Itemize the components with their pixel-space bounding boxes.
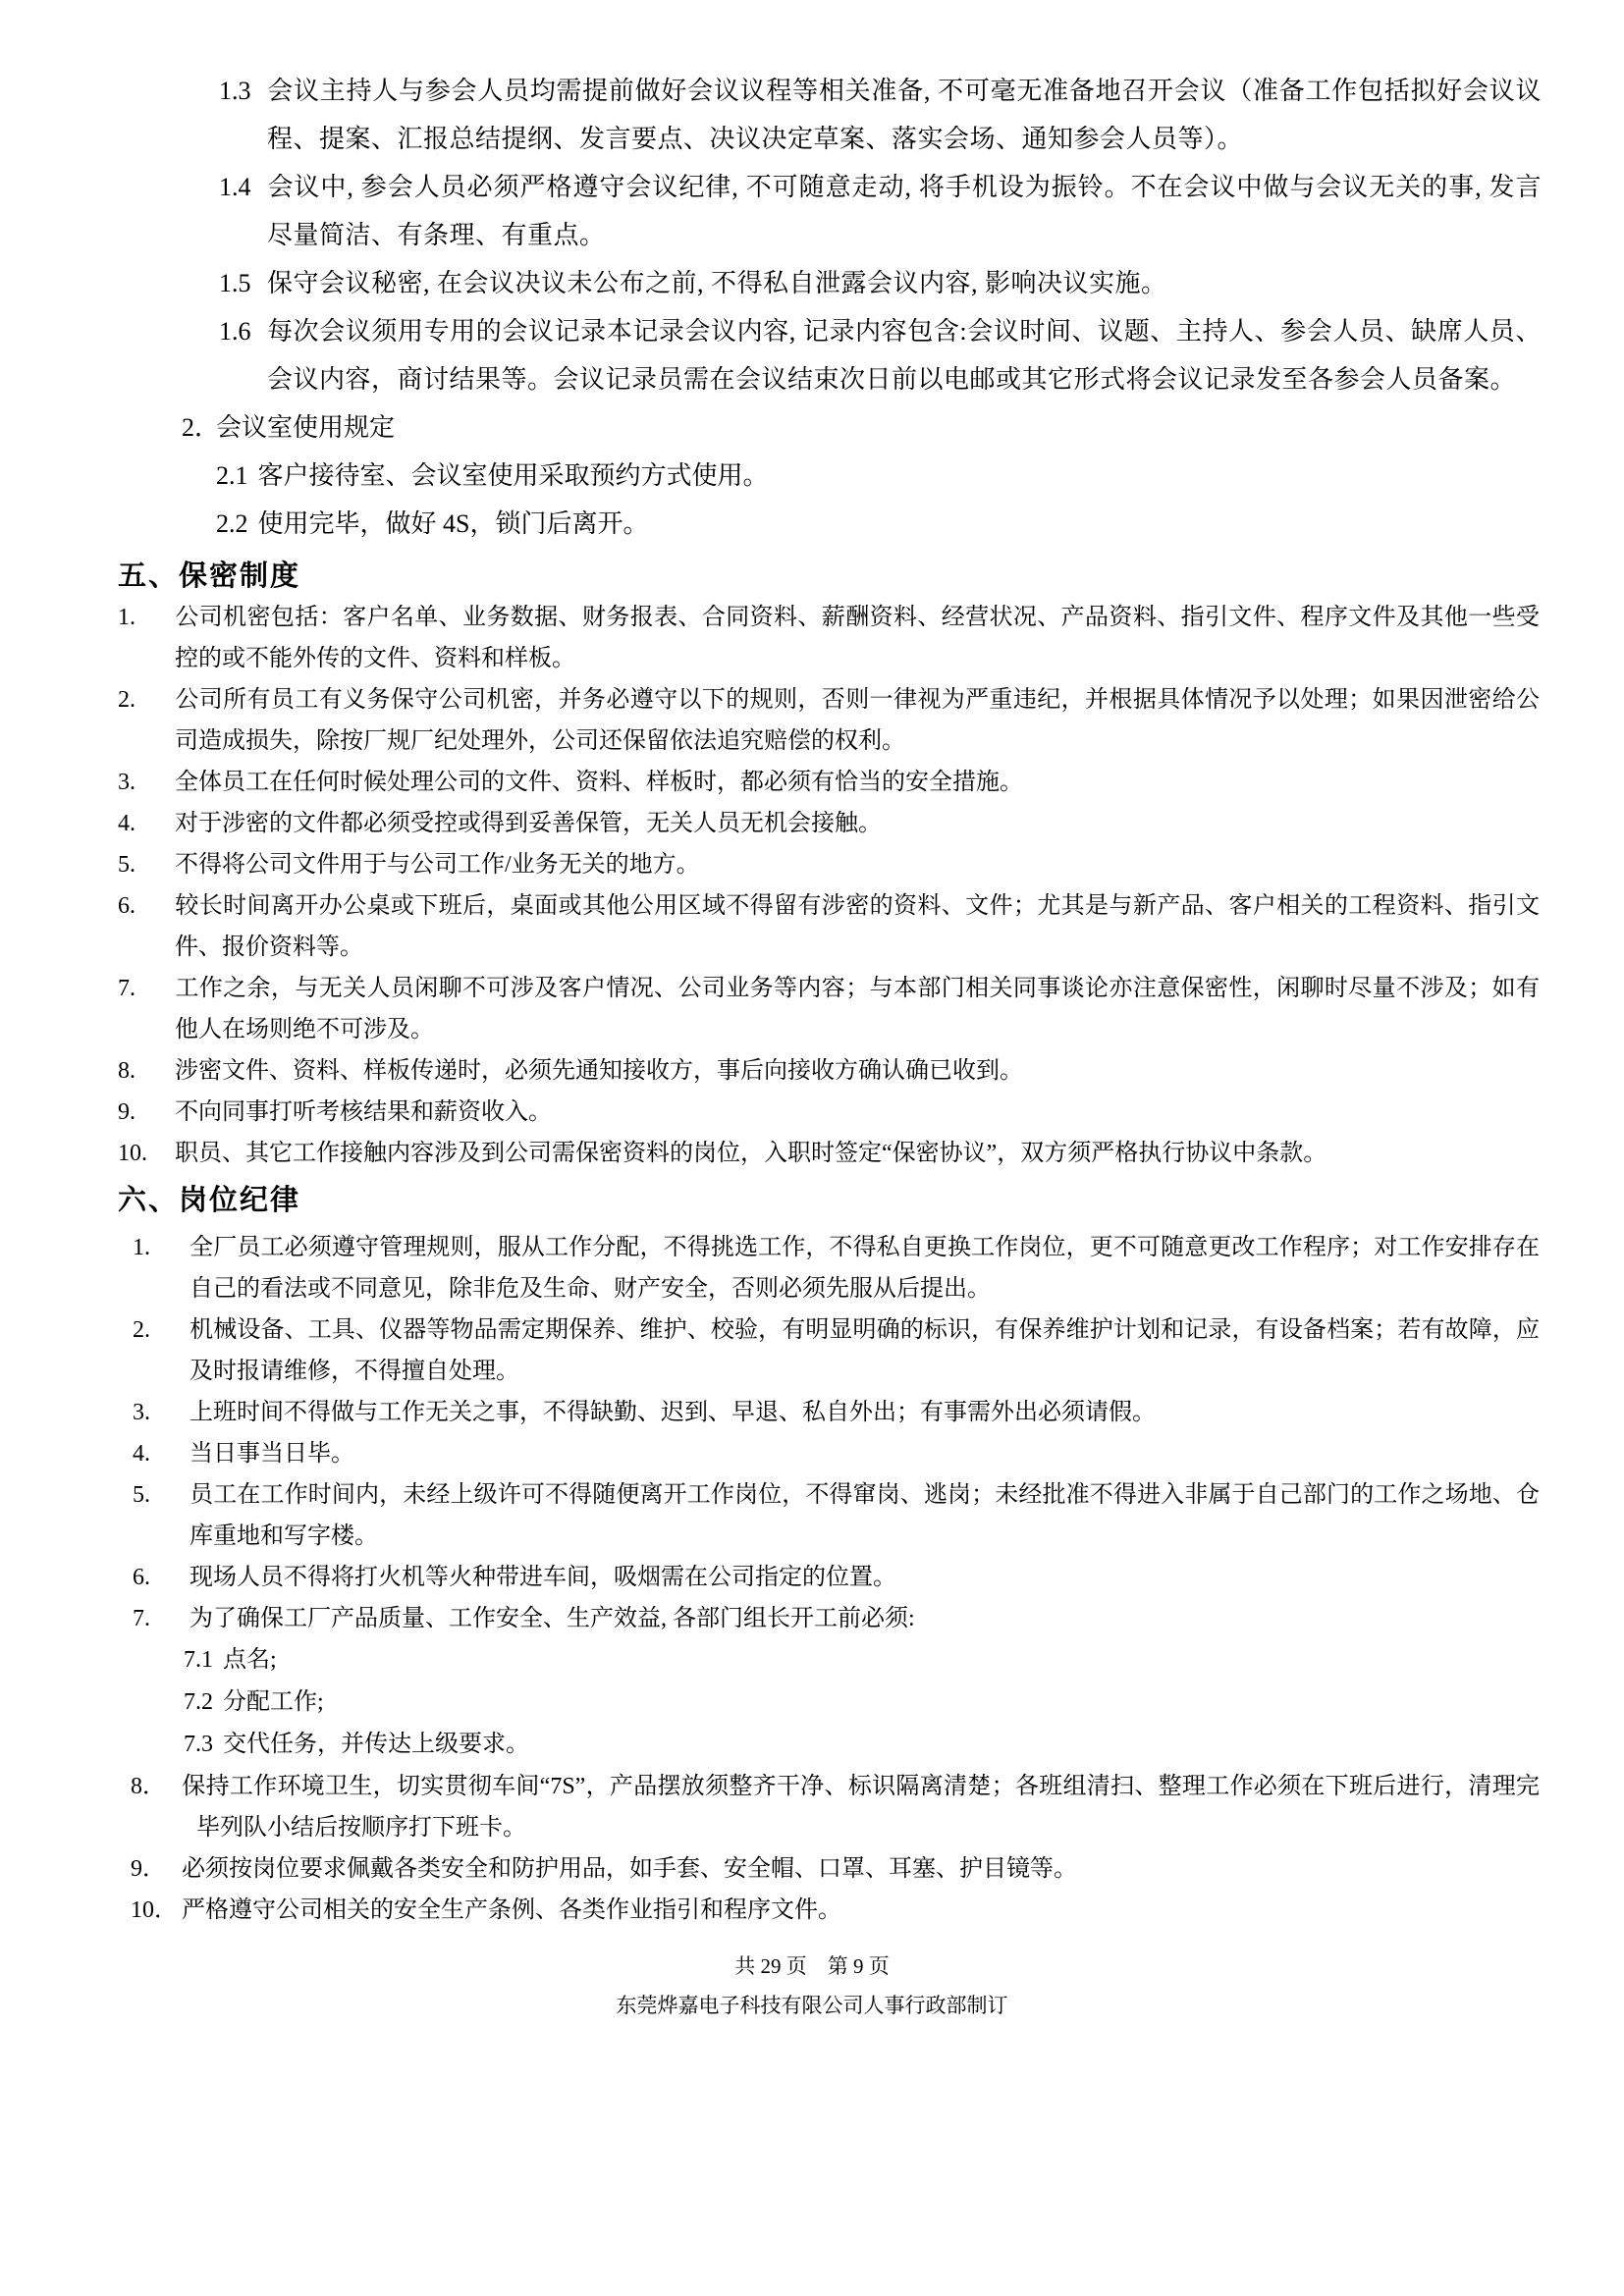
- discipline-item-9: 9．必须按岗位要求佩戴各类安全和防护用品，如手套、安全帽、口罩、耳塞、护目镜等。: [0, 1848, 1624, 1890]
- item-text: 全厂员工必须遵守管理规则，服从工作分配，不得挑选工作，不得私自更换工作岗位，更不…: [189, 1235, 1540, 1302]
- item-number: 2.: [133, 1309, 189, 1351]
- meeting-item-1-5: 1.5保守会议秘密, 在会议决议未公布之前, 不得私自泄露会议内容, 影响决议实…: [0, 259, 1624, 307]
- discipline-item-3: 3.上班时间不得做与工作无关之事，不得缺勤、迟到、早退、私自外出；有事需外出必须…: [0, 1392, 1624, 1433]
- item-number: 7.1: [184, 1639, 213, 1682]
- discipline-item-2: 2.机械设备、工具、仪器等物品需定期保养、维护、校验，有明显明确的标识，有保养维…: [0, 1309, 1624, 1392]
- item-number: 10．: [131, 1890, 182, 1931]
- item-text: 涉密文件、资料、样板传递时，必须先通知接收方，事后向接收方确认确已收到。: [175, 1058, 1023, 1084]
- item-number: 8.: [118, 1050, 175, 1092]
- meeting-item-1-6: 1.6每次会议须用专用的会议记录本记录会议内容, 记录内容包含:会议时间、议题、…: [0, 307, 1624, 403]
- secrecy-item-4: 4.对于涉密的文件都必须受控或得到妥善保管，无关人员无机会接触。: [0, 803, 1624, 844]
- item-number: 2．: [182, 403, 216, 452]
- item-text: 客户接待室、会议室使用采取预约方式使用。: [258, 461, 769, 490]
- secrecy-item-1: 1.公司机密包括：客户名单、业务数据、财务报表、合同资料、薪酬资料、经营状况、产…: [0, 597, 1624, 679]
- item-text: 为了确保工厂产品质量、工作安全、生产效益, 各部门组长开工前必须:: [189, 1606, 915, 1631]
- item-text: 公司机密包括：客户名单、业务数据、财务报表、合同资料、薪酬资料、经营状况、产品资…: [175, 605, 1540, 671]
- item-number: 7.: [133, 1598, 189, 1639]
- item-text: 机械设备、工具、仪器等物品需定期保养、维护、校验，有明显明确的标识，有保养维护计…: [189, 1317, 1540, 1384]
- item-number: 7.2: [184, 1682, 213, 1724]
- secrecy-item-7: 7.工作之余，与无关人员闲聊不可涉及客户情况、公司业务等内容；与本部门相关同事谈…: [0, 968, 1624, 1050]
- issuer-line: 东莞烨嘉电子科技有限公司人事行政部制订: [0, 1986, 1624, 2025]
- item-number: 1.3: [219, 67, 267, 115]
- item-text: 分配工作;: [223, 1689, 324, 1715]
- discipline-item-1: 1.全厂员工必须遵守管理规则，服从工作分配，不得挑选工作，不得私自更换工作岗位，…: [0, 1227, 1624, 1309]
- item-number: 3.: [118, 762, 175, 803]
- secrecy-item-6: 6.较长时间离开办公桌或下班后，桌面或其他公用区域不得留有涉密的资料、文件；尤其…: [0, 885, 1624, 968]
- section-heading-secrecy: 五、保密制度: [0, 554, 1624, 597]
- item-number: 8．: [131, 1766, 182, 1807]
- item-number: 9.: [118, 1092, 175, 1133]
- item-text: 不向同事打听考核结果和薪资收入。: [175, 1099, 552, 1125]
- secrecy-item-10: 10.职员、其它工作接触内容涉及到公司需保密资料的岗位，入职时签定“保密协议”，…: [0, 1133, 1624, 1174]
- document-page: 1.3会议主持人与参会人员均需提前做好会议议程等相关准备, 不可毫无准备地召开会…: [0, 0, 1624, 2296]
- meeting-rule-2: 2．会议室使用规定: [0, 403, 1624, 452]
- item-number: 1.6: [219, 307, 267, 355]
- item-number: 7.3: [184, 1724, 213, 1766]
- item-number: 1.5: [219, 259, 267, 307]
- discipline-item-7: 7.为了确保工厂产品质量、工作安全、生产效益, 各部门组长开工前必须:: [0, 1598, 1624, 1639]
- discipline-item-6: 6.现场人员不得将打火机等火种带进车间，吸烟需在公司指定的位置。: [0, 1557, 1624, 1598]
- item-number: 1.4: [219, 163, 267, 211]
- item-text: 每次会议须用专用的会议记录本记录会议内容, 记录内容包含:会议时间、议题、主持人…: [267, 317, 1542, 394]
- item-number: 1.: [118, 597, 175, 638]
- secrecy-item-2: 2.公司所有员工有义务保守公司机密，并务必遵守以下的规则，否则一律视为严重违纪，…: [0, 679, 1624, 762]
- item-number: 2.2: [216, 500, 248, 548]
- item-number: 5.: [118, 844, 175, 885]
- meeting-item-1-4: 1.4会议中, 参会人员必须严格遵守会议纪律, 不可随意走动, 将手机设为振铃。…: [0, 163, 1624, 259]
- item-text: 会议主持人与参会人员均需提前做好会议议程等相关准备, 不可毫无准备地召开会议（准…: [267, 77, 1542, 153]
- item-number: 7.: [118, 968, 175, 1009]
- discipline-item-7-3: 7.3交代任务，并传达上级要求。: [0, 1724, 1624, 1766]
- item-text: 保守会议秘密, 在会议决议未公布之前, 不得私自泄露会议内容, 影响决议实施。: [267, 269, 1167, 297]
- item-text: 全体员工在任何时候处理公司的文件、资料、样板时，都必须有恰当的安全措施。: [175, 770, 1023, 795]
- item-number: 10.: [118, 1133, 175, 1174]
- item-number: 2.1: [216, 452, 248, 500]
- item-number: 3.: [133, 1392, 189, 1433]
- discipline-item-8: 8．保持工作环境卫生，切实贯彻车间“7S”，产品摆放须整齐干净、标识隔离清楚；各…: [0, 1766, 1624, 1848]
- item-text: 工作之余，与无关人员闲聊不可涉及客户情况、公司业务等内容；与本部门相关同事谈论亦…: [175, 976, 1540, 1042]
- meeting-item-1-3: 1.3会议主持人与参会人员均需提前做好会议议程等相关准备, 不可毫无准备地召开会…: [0, 67, 1624, 163]
- item-number: 1.: [133, 1227, 189, 1268]
- secrecy-item-8: 8.涉密文件、资料、样板传递时，必须先通知接收方，事后向接收方确认确已收到。: [0, 1050, 1624, 1092]
- secrecy-item-9: 9.不向同事打听考核结果和薪资收入。: [0, 1092, 1624, 1133]
- item-text: 交代任务，并传达上级要求。: [223, 1732, 529, 1757]
- discipline-item-4: 4.当日事当日毕。: [0, 1433, 1624, 1474]
- section-heading-discipline: 六、岗位纪律: [0, 1178, 1624, 1221]
- item-text: 公司所有员工有义务保守公司机密，并务必遵守以下的规则，否则一律视为严重违纪，并根…: [175, 687, 1540, 754]
- item-text: 对于涉密的文件都必须受控或得到妥善保管，无关人员无机会接触。: [175, 811, 882, 836]
- secrecy-item-3: 3.全体员工在任何时候处理公司的文件、资料、样板时，都必须有恰当的安全措施。: [0, 762, 1624, 803]
- discipline-item-7-1: 7.1点名;: [0, 1639, 1624, 1682]
- item-number: 4.: [118, 803, 175, 844]
- item-text: 较长时间离开办公桌或下班后，桌面或其他公用区域不得留有涉密的资料、文件；尤其是与…: [175, 893, 1540, 960]
- item-number: 9．: [131, 1848, 182, 1890]
- secrecy-item-5: 5.不得将公司文件用于与公司工作/业务无关的地方。: [0, 844, 1624, 885]
- item-text: 不得将公司文件用于与公司工作/业务无关的地方。: [175, 852, 700, 878]
- item-text: 当日事当日毕。: [189, 1441, 354, 1467]
- item-text: 现场人员不得将打火机等火种带进车间，吸烟需在公司指定的位置。: [189, 1565, 896, 1590]
- discipline-item-7-2: 7.2分配工作;: [0, 1682, 1624, 1724]
- item-number: 4.: [133, 1433, 189, 1474]
- item-number: 6.: [133, 1557, 189, 1598]
- item-text: 点名;: [223, 1647, 277, 1673]
- item-text: 会议中, 参会人员必须严格遵守会议纪律, 不可随意走动, 将手机设为振铃。不在会…: [267, 173, 1542, 249]
- item-number: 2.: [118, 679, 175, 721]
- discipline-item-10: 10．严格遵守公司相关的安全生产条例、各类作业指引和程序文件。: [0, 1890, 1624, 1931]
- page-number-line: 共 29 页 第 9 页: [0, 1947, 1624, 1986]
- item-text: 员工在工作时间内，未经上级许可不得随便离开工作岗位，不得窜岗、逃岗；未经批准不得…: [189, 1482, 1540, 1549]
- meeting-item-2-2: 2.2使用完毕，做好 4S，锁门后离开。: [0, 500, 1624, 548]
- item-text: 必须按岗位要求佩戴各类安全和防护用品，如手套、安全帽、口罩、耳塞、护目镜等。: [182, 1856, 1077, 1882]
- meeting-item-2-1: 2.1客户接待室、会议室使用采取预约方式使用。: [0, 452, 1624, 500]
- discipline-item-5: 5.员工在工作时间内，未经上级许可不得随便离开工作岗位，不得窜岗、逃岗；未经批准…: [0, 1474, 1624, 1557]
- item-text: 保持工作环境卫生，切实贯彻车间“7S”，产品摆放须整齐干净、标识隔离清楚；各班组…: [182, 1774, 1540, 1841]
- item-text: 使用完毕，做好 4S，锁门后离开。: [258, 509, 649, 538]
- item-text: 职员、其它工作接触内容涉及到公司需保密资料的岗位，入职时签定“保密协议”，双方须…: [175, 1141, 1326, 1166]
- item-number: 5.: [133, 1474, 189, 1516]
- page-footer: 共 29 页 第 9 页 东莞烨嘉电子科技有限公司人事行政部制订: [0, 1947, 1624, 2025]
- item-text: 严格遵守公司相关的安全生产条例、各类作业指引和程序文件。: [182, 1897, 841, 1923]
- item-number: 6.: [118, 885, 175, 927]
- item-text: 上班时间不得做与工作无关之事，不得缺勤、迟到、早退、私自外出；有事需外出必须请假…: [189, 1400, 1156, 1425]
- item-text: 会议室使用规定: [216, 413, 395, 442]
